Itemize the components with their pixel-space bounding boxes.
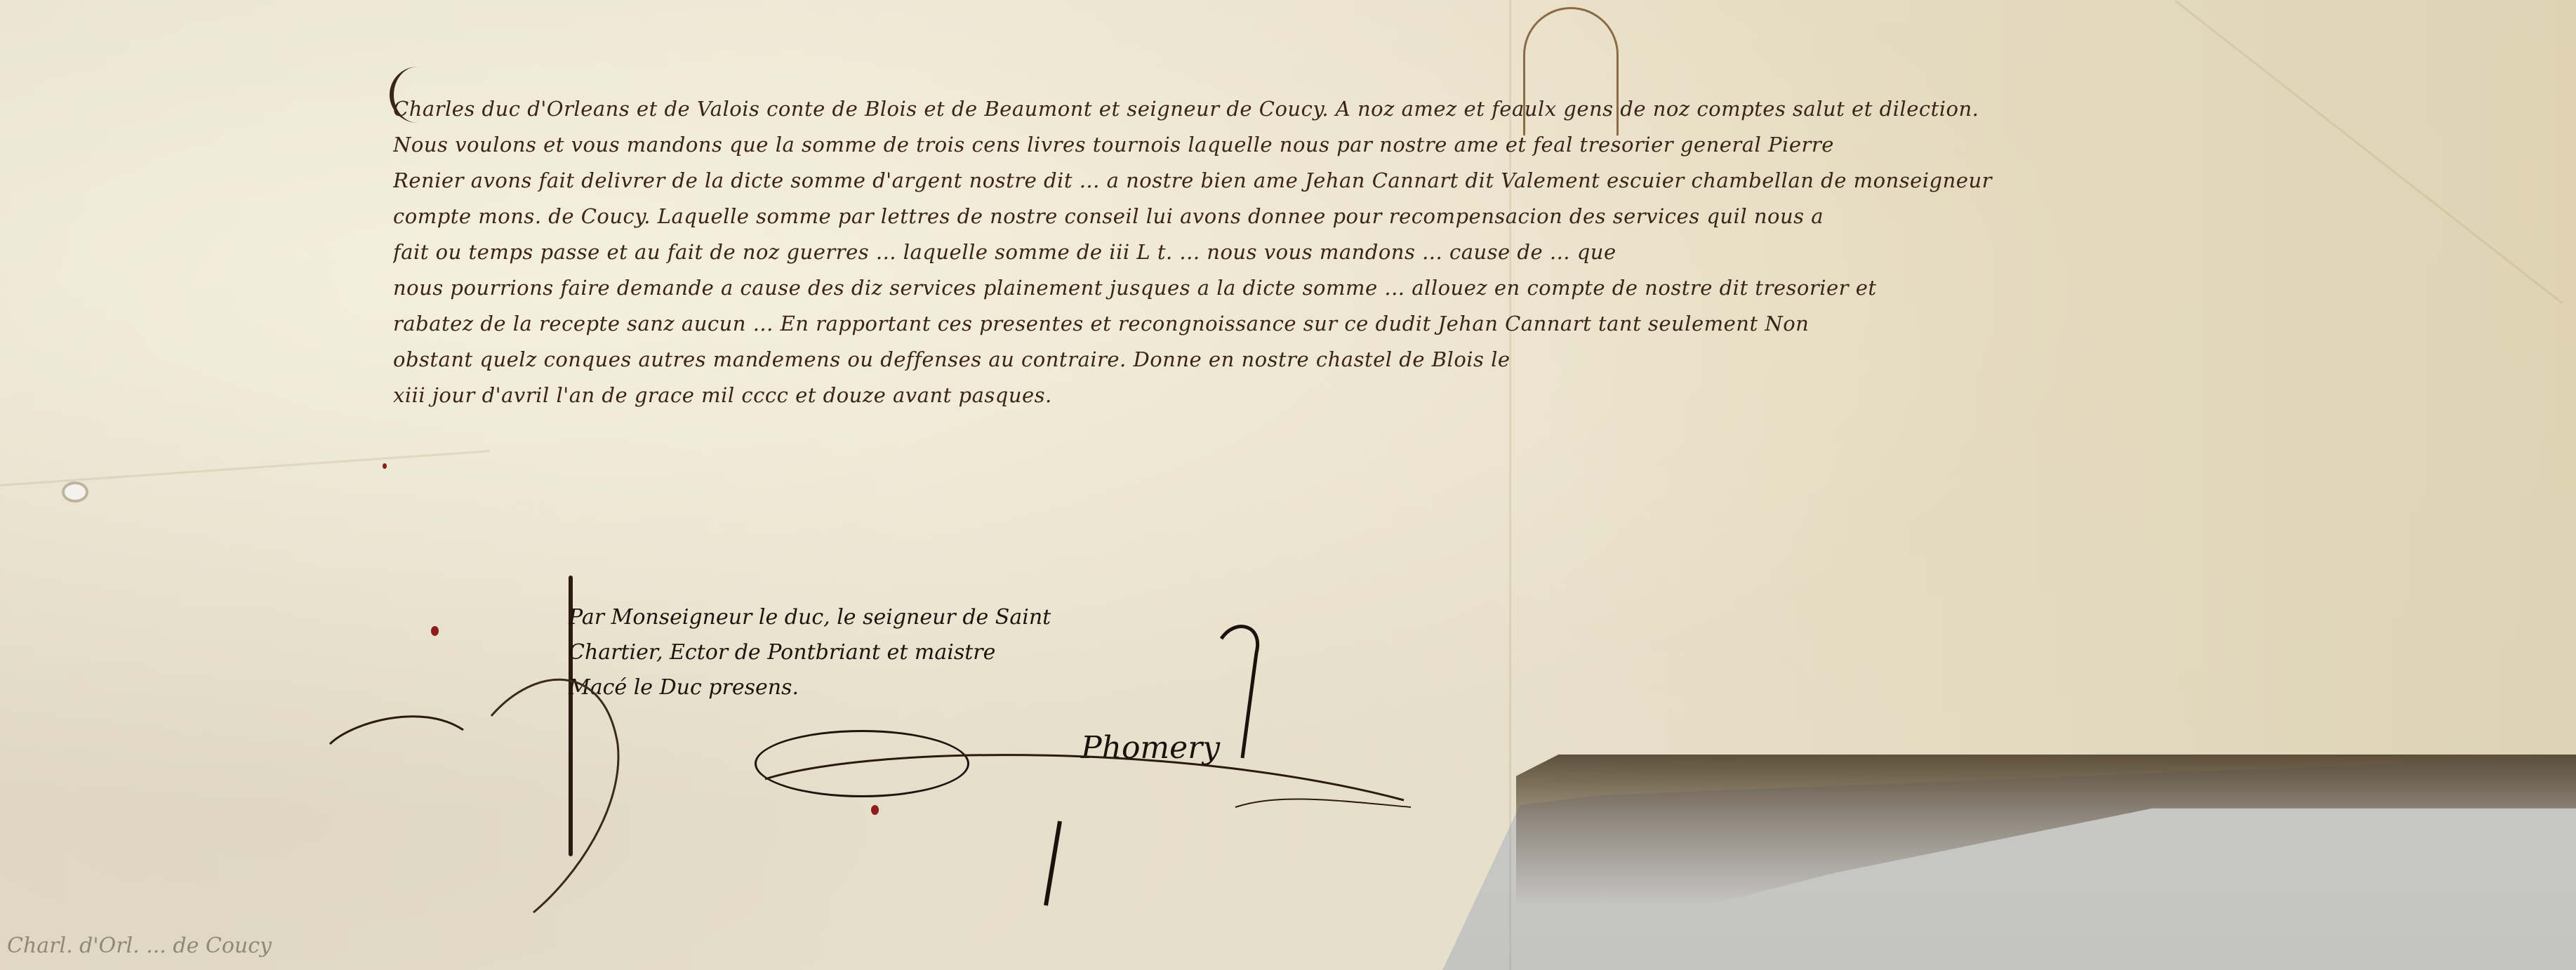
pencil-annotation: Charl. d'Orl. ... de Coucy (7, 934, 272, 958)
red-wax-spot (383, 463, 387, 469)
charter-line: Charles duc d'Orleans et de Valois conte… (393, 91, 2555, 127)
signature-loop-flourish (755, 730, 969, 797)
charter-line: rabatez de la recepte sanz aucun ... En … (393, 306, 2555, 342)
charter-line: Nous voulons et vous mandons que la somm… (393, 127, 2555, 163)
secretary-signature: Phomery (1081, 730, 1220, 766)
attestation-block: Par Monseigneur le duc, le seigneur de S… (569, 600, 1200, 705)
attestation-line: Par Monseigneur le duc, le seigneur de S… (569, 600, 1200, 635)
charter-line: obstant quelz conques autres mandemens o… (393, 342, 2555, 378)
charter-line: nous pourrions faire demande a cause des… (393, 270, 2555, 306)
red-wax-spot (871, 805, 879, 815)
attestation-line: Chartier, Ector de Pontbriant et maistre (569, 635, 1200, 670)
charter-line: compte mons. de Coucy. Laquelle somme pa… (393, 199, 2555, 234)
charter-line: Renier avons fait delivrer de la dicte s… (393, 163, 2555, 199)
charter-line: xiii jour d'avril l'an de grace mil cccc… (393, 378, 2555, 413)
red-wax-spot (431, 626, 439, 636)
charter-body-text: Charles duc d'Orleans et de Valois conte… (393, 91, 2555, 413)
parchment-hole (65, 484, 86, 500)
charter-line: fait ou temps passe et au fait de noz gu… (393, 234, 2555, 270)
attestation-line: Macé le Duc presens. (569, 670, 1200, 705)
